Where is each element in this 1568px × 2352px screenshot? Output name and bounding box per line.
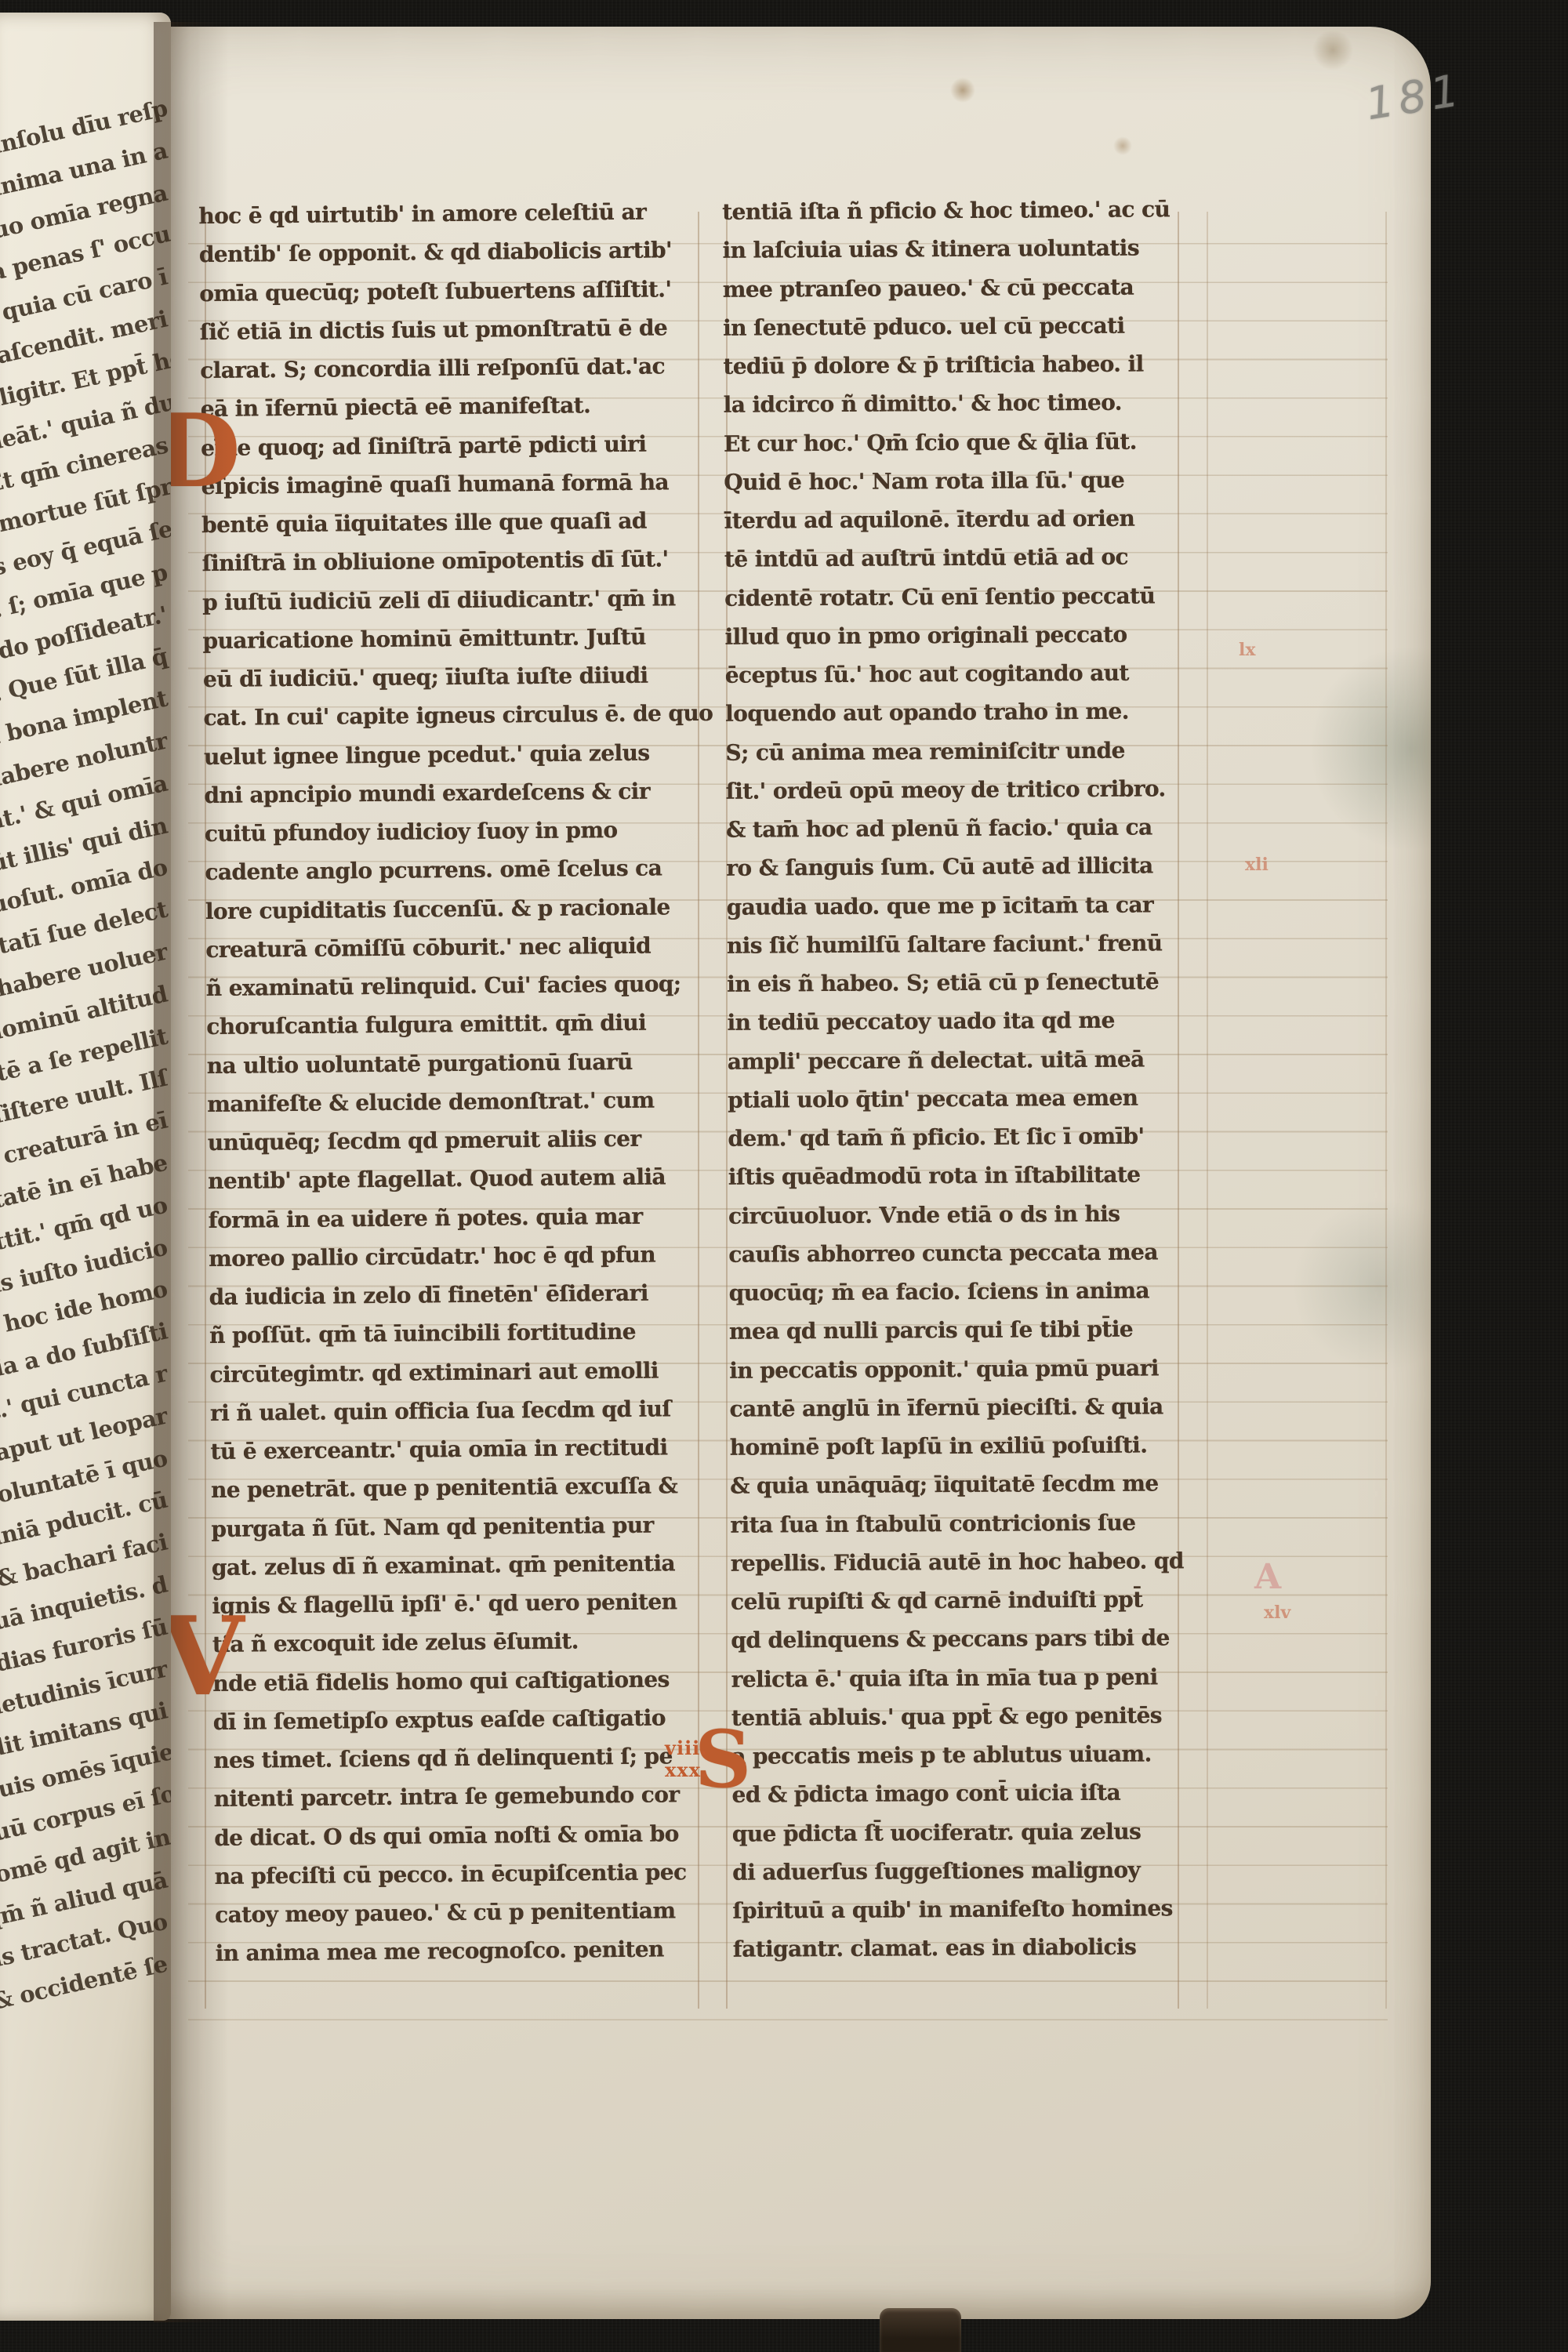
text-line: manifeſte & elucide demonſtrat.' cum [207, 1080, 702, 1123]
text-line: relicta ē.' quia iſta in mīa tua p peni [731, 1657, 1186, 1699]
text-line: rita ſua in ſtabulū contricionis ſue [730, 1503, 1185, 1544]
text-line: creaturā cōmiſſū cōburit.' nec aliquid [205, 926, 701, 969]
text-line: tentiā abluis.' qua ppt̄ & ego penitēs [731, 1696, 1186, 1737]
text-line: cidentē rotatr. Cū enī ſentio peccatū [724, 576, 1179, 618]
text-line: mea qd nulli parcis qui ſe tibi pt̄ie [729, 1309, 1184, 1351]
text-line: de dicat. O ds qui omīa noſti & omīa bo [214, 1813, 710, 1857]
text-line: ri ñ ualet. quin officia ſua ſecdm qd iu… [210, 1389, 706, 1432]
text-line: uelut ignee lingue pcedut.' quia zelus [204, 732, 699, 775]
chapter-number-viii-xxx: viii. xxx. [665, 1737, 696, 1781]
text-line: quocūq; m̄ ea facio. ſciens in anima [729, 1271, 1184, 1312]
text-line: nde etiā fidelis homo qui caſtigationes [212, 1659, 708, 1702]
text-line: na pfeciſti cū pecco. in ēcupiſcentia pe… [214, 1853, 710, 1896]
text-line: puaricatione hominū ēmittuntr. Juſtū [202, 617, 698, 660]
text-line: eā in īfernū piectā eē manifeſtat. [201, 385, 696, 428]
text-line: ſpirituū a quib' in manifeſto homines [732, 1889, 1187, 1930]
text-line: tū ē exerceantr.' quia omīa in rectitudi [210, 1428, 706, 1471]
text-line: tē intdū ad auſtrū intdū etiā ad oc [724, 537, 1179, 579]
rubric-initial-v: V [160, 1602, 244, 1711]
manuscript-photo: { "page": { "folio_number": "181", "kind… [0, 0, 1568, 2352]
text-line: nentib' apte flagellat. Quod autem aliā [208, 1157, 703, 1200]
text-line: īterdu ad aquilonē. īterdu ad orien [724, 499, 1178, 540]
text-line: moreo pallio circūdatr.' hoc ē qd pfun [209, 1235, 704, 1278]
text-line: dem.' qd tam̄ ñ pficio. Et ſic ī omīb' [728, 1116, 1182, 1158]
text-line: cuitū pfundoy iudicioy ſuoy in pmo [205, 810, 700, 853]
text-line: cat. In cui' capite igneus circulus ē. d… [203, 694, 699, 737]
text-line: cadente anglo pcurrens. omē ſcelus ca [205, 848, 700, 891]
text-line: clarat. S; concordia illi reſponſū dat.'… [200, 347, 695, 390]
text-line: ēceptus ſū.' hoc aut cogitando aut [725, 653, 1180, 695]
text-line: tia ñ excoquit ide zelus ēſumit. [212, 1621, 708, 1664]
text-column-left: hoc ē qd uirtutib' in amore celeſtiū ard… [198, 192, 711, 1973]
text-line: na ultio uoluntatē purgationū ſuarū [207, 1041, 702, 1084]
text-line: omīa quecūq; poteſt ſubuertens aſſiſtit.… [199, 270, 695, 313]
text-line: eīde quoq; ad ſiniſtrā partē pdicti uiri [201, 424, 696, 467]
text-line: in laſciuia uias & itinera uoluntatis [722, 228, 1177, 270]
text-line: Et cur hoc.' Qm̄ ſcio que & q̄lia ſūt. [724, 422, 1178, 463]
text-line: in tediū peccatoy uado ita qd me [727, 1000, 1181, 1042]
text-line: Quid ē hoc.' Nam rota illa ſū.' que [724, 460, 1178, 502]
text-line: catoy meoy paueo.' & cū p penitentiam [215, 1891, 710, 1934]
text-line: in peccatis opponit.' quia pmū puari [729, 1348, 1184, 1390]
text-line: ignis & flagellū ipſi' ē.' qd uero penit… [212, 1582, 707, 1625]
text-line: in eis ñ habeo. S; etiā cū p ſenectutē [727, 962, 1181, 1004]
text-line: nitenti parcetr. intra ſe gemebundo cor [214, 1775, 710, 1818]
margin-mark-xli: xli [1245, 855, 1269, 875]
text-line: ro & ſanguis ſum. Cū autē ad illicita [726, 846, 1181, 887]
manuscript-page: hoc ē qd uirtutib' in amore celeſtiū ard… [157, 27, 1431, 2319]
text-line: ampli' peccare ñ delectat. uitā meā [728, 1040, 1182, 1081]
text-line: ñ poſſūt. qm̄ tā īuincibili fortitudine [209, 1312, 705, 1355]
text-line: gat. zelus dī ñ examinat. qm̄ penitentia [212, 1544, 707, 1587]
text-line: circūtegimtr. qd extiminari aut emolli [209, 1350, 705, 1393]
text-line: ne penetrāt. que p penitentiā excuſſa & [211, 1466, 706, 1509]
margin-mark-xlv: xlv [1264, 1602, 1290, 1623]
text-line: tediū p̄ dolore & p̄ triſticia habeo. il [723, 344, 1178, 386]
text-column-right: tentiā iſta ñ pficio & hoc timeo.' ac cū… [722, 190, 1188, 1969]
text-line: cantē anglū in īfernū pieciſti. & quia [729, 1387, 1184, 1428]
text-line: in ſenectutē pduco. uel cū peccati [723, 306, 1178, 347]
book-clasp [880, 2308, 961, 2352]
text-line: iſtis quēadmodū rota in īſtabilitate [728, 1155, 1183, 1196]
text-line: ſič etiā in dictis ſuis ut pmonſtratū ē … [200, 308, 695, 351]
text-line: S; cū anima mea reminiſcitr unde [725, 731, 1180, 772]
text-line: p iuſtū iudiciū zeli dī diiudicantr.' qm… [202, 578, 698, 621]
text-line: lore cupiditatis ſuccenſū. & p racionale [205, 887, 701, 930]
vertical-rule-margin-outer [1385, 212, 1387, 2009]
margin-mark-lx: lx [1239, 640, 1255, 660]
text-line: celū rupiſti & qd carnē induiſti ppt̄ [731, 1580, 1185, 1621]
vertical-rule-margin-inner [1207, 212, 1208, 2009]
text-line: circūuoluor. Vnde etiā o ds in his [728, 1194, 1183, 1236]
text-line: ed & p̄dicta imago cont̄ uicia iſta [731, 1773, 1186, 1814]
chapter-number-viii: viii. [665, 1737, 696, 1759]
text-line: illud quo in pmo originali peccato [724, 615, 1179, 656]
text-line: cauſis abhorreo cuncta peccata mea [728, 1232, 1183, 1274]
previous-page-edge: alıū ñ inſolu dīu reſpebet anima una in … [0, 13, 171, 2321]
text-line: bentē quia īiquitates ille que quaſi ad [201, 501, 697, 544]
text-line: dī in ſemetipſo exptus eaſde caſtigatio [213, 1698, 709, 1741]
text-line: formā in ea uidere ñ potes. quia mar [208, 1196, 703, 1239]
text-line: hoc ē qd uirtutib' in amore celeſtiū ar [198, 192, 694, 235]
text-line: da iudicia in zelo dī finetēn' ēſiderari [209, 1273, 704, 1316]
text-line: purgata ñ ſūt. Nam qd penitentia pur [211, 1504, 706, 1548]
text-line: ſit.' ordeū opū meoy de tritico cribro. [726, 769, 1181, 811]
text-line: repellis. Fiduciā autē in hoc habeo. qd [731, 1541, 1185, 1583]
text-line: di aduerſus ſuggeſtiones malignoy [732, 1850, 1187, 1892]
text-line: in anima mea me recognoſco. peniten [215, 1929, 710, 1973]
text-line: ptiali uolo q̄tin' peccata mea emen [728, 1078, 1182, 1120]
text-line: la idcirco ñ dimitto.' & hoc timeo. [724, 383, 1178, 424]
text-line: choruſcantia fulgura emittit. qm̄ diui [206, 1003, 702, 1046]
text-line: ſiniſtrā in obliuione omīpotentis dī ſūt… [201, 539, 697, 583]
text-line: unūquēq; ſecdm qd pmeruit aliis cer [207, 1119, 702, 1162]
text-line: fatigantr. clamat. eas in diabolicis [733, 1927, 1188, 1969]
text-line: que p̄dicta ſt̄ uociferatr. quia zelus [732, 1812, 1187, 1853]
text-line: eū dī iudiciū.' queq; īiuſta iuſte diiud… [203, 655, 699, 699]
text-line: ñ examinatū relinquid. Cui' facies quoq; [206, 964, 702, 1007]
text-line: ēſpicis imaginē quaſi humanā formā ha [201, 463, 696, 506]
text-line: nis ſič humilſū ſaltare faciunt.' frenū [727, 924, 1181, 965]
text-line: a peccatis meis p te ablutus uiuam. [731, 1734, 1186, 1776]
text-line: qd delinquens & peccans pars tibi de [731, 1618, 1185, 1660]
text-line: gaudia uado. que me p īcitam̄ ta car [727, 885, 1181, 927]
text-line: & quia unāquāq; īiquitatē ſecdm me [730, 1464, 1185, 1505]
text-line: tentiā iſta ñ pficio & hoc timeo.' ac cū [722, 190, 1177, 231]
text-line: loquendo aut opando traho in me. [725, 691, 1180, 733]
text-line: hominē poſt lapſū in exiliū poſuiſti. [730, 1425, 1185, 1467]
text-line: dni apncipio mundi exardeſcens & cir [204, 771, 699, 815]
text-line: nes timet. ſciens qd ñ delinquenti ſ; pe [213, 1737, 709, 1780]
text-line: mee ptranſeo paueo.' & cū peccata [723, 267, 1178, 309]
chapter-number-xxx: xxx. [665, 1759, 696, 1781]
text-line: dentib' ſe opponit. & qd diabolicis arti… [199, 230, 695, 274]
margin-ghost-letter: A [1254, 1557, 1281, 1597]
text-line: & tam̄ hoc ad plenū ñ facio.' quia ca [726, 808, 1181, 849]
